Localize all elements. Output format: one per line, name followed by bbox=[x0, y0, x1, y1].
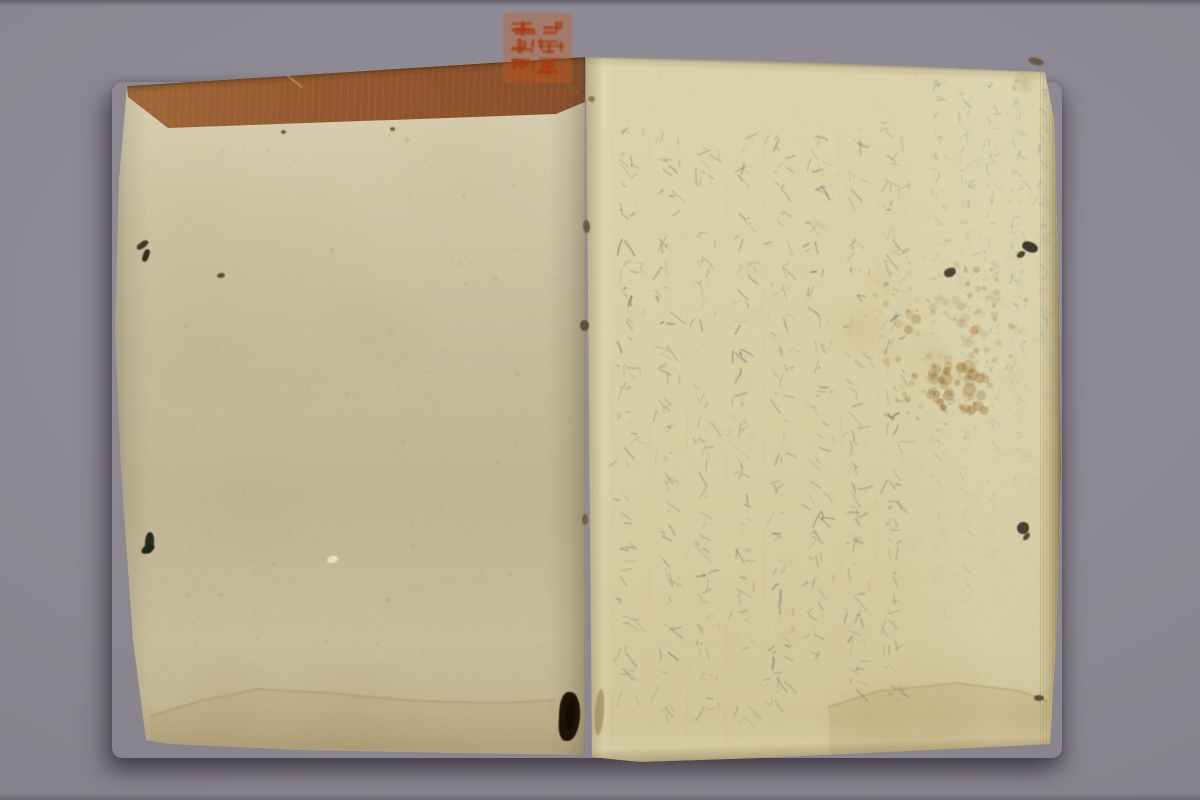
thread-or-tear-mark bbox=[588, 96, 595, 102]
manuscript-photograph bbox=[0, 0, 1200, 800]
thread-or-tear-mark bbox=[281, 130, 286, 134]
thread-or-tear-mark bbox=[582, 514, 588, 525]
thread-or-tear-mark bbox=[1034, 695, 1044, 701]
thread-or-tear-mark bbox=[390, 127, 395, 131]
texture-and-ink-canvas bbox=[0, 0, 1200, 800]
thread-or-tear-mark bbox=[580, 320, 589, 331]
